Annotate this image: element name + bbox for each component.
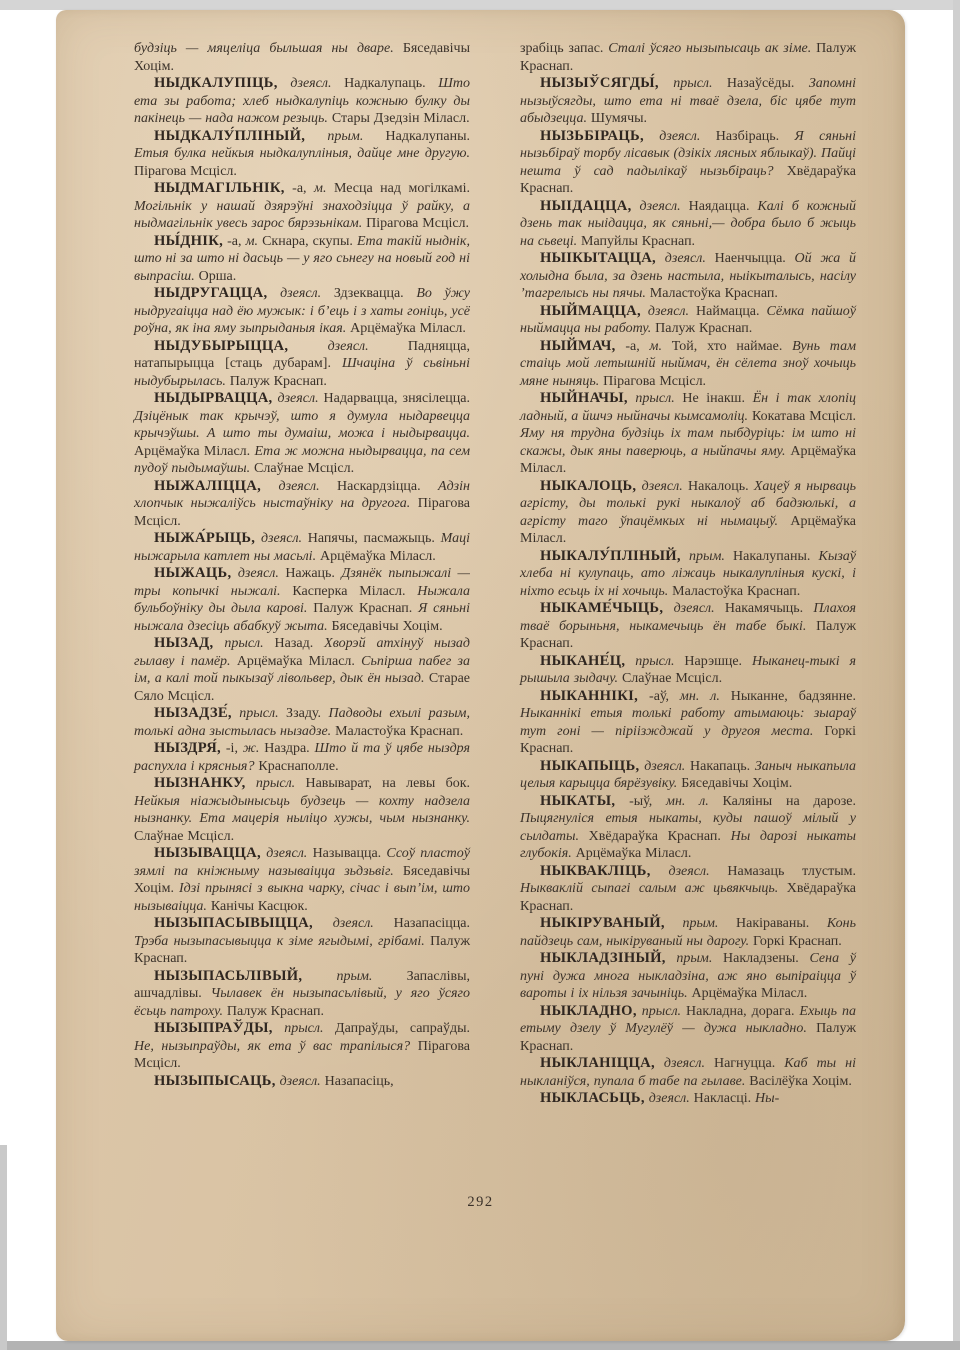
italic-text: Етыя булка нейкыя ныдкалупліныя, дайце м… <box>134 146 470 161</box>
italic-text: дзеясл. <box>663 601 714 616</box>
headword: НЫКАНЕ́Ц, <box>540 653 625 669</box>
headword: НЫЗЫПРАЎДЫ, <box>154 1020 273 1036</box>
dictionary-entry: НЫКЛАНІЦЦА, дзеясл. Нагнуцца. Каб ты ні … <box>520 1055 856 1090</box>
scan-edge-left <box>0 1145 7 1350</box>
headword: НЫЖА́РЫЦЬ, <box>154 530 255 546</box>
headword: НЫЙМАЦЦА, <box>540 303 641 319</box>
dictionary-entry: НЫЖАЛІЦЦА, дзеясл. Наскардзіцца. Адзін х… <box>134 478 470 531</box>
italic-text: дзеясл. <box>632 199 681 214</box>
plain-text: Ныканне, бадзянне. <box>720 689 856 704</box>
plain-text: Месца над могілкамі. <box>326 181 470 196</box>
dictionary-entry: НЫДКАЛУПІЦЬ, дзеясл. Надкалупаць. Што ет… <box>134 75 470 128</box>
plain-text: Пірагова Мсцісл. <box>599 374 706 389</box>
italic-text: дзеясл. <box>273 391 319 406</box>
plain-text: Бяседавічы Хоцім. <box>328 619 443 634</box>
dictionary-entry: НЫКАТЫ, -ыў, мн. л. Каляіны на дарозе. П… <box>520 793 856 863</box>
italic-text: прысл. <box>628 391 675 406</box>
dictionary-entry: НЫКЛАДНО, прысл. Накладна, дорага. Ехыць… <box>520 1003 856 1056</box>
plain-text: Слаўнае Мсцісл. <box>134 829 234 844</box>
plain-text: -а, <box>285 181 307 196</box>
headword: НЫКАЛОЦЬ, <box>540 478 636 494</box>
plain-text: Намазаць тлустым. <box>710 864 856 879</box>
italic-text: дзеясл. <box>267 286 321 301</box>
plain-text: -і, <box>221 741 238 756</box>
plain-text: Надкалупаны. <box>363 129 470 144</box>
headword: НЫЗЫПАСЬЛІВЫЙ, <box>154 968 302 984</box>
dictionary-entry: НЫКАМЕ́ЧЫЦЬ, дзеясл. Накамячыць. Плахоя … <box>520 600 856 653</box>
page-number: 292 <box>56 1194 905 1211</box>
text-columns: будзіць — мяцеліца быльшая ны дваре. Бяс… <box>134 40 856 1108</box>
italic-text: прысл. <box>246 776 296 791</box>
dictionary-entry: НЫДМАГІЛЬНІК, -а, м. Месца над могілкамі… <box>134 180 470 233</box>
plain-text: Арцёмаўка Міласл. <box>231 654 355 669</box>
dictionary-entry: НЫКАННІКІ, -аў, мн. л. Ныканне, бадзянне… <box>520 688 856 758</box>
italic-text: Ныкваклій сыпагі салым аж цьвякчыць. <box>520 881 778 896</box>
italic-text: прым. <box>305 129 363 144</box>
plain-text: Горкі Краснап. <box>749 934 842 949</box>
plain-text: Здзеквацца. <box>321 286 404 301</box>
plain-text: Называцца. <box>307 846 381 861</box>
dictionary-entry: НЫЗНАНКУ, прысл. Навыварат, на левы бок.… <box>134 775 470 845</box>
headword: НЫДРУГАЦЦА, <box>154 285 267 301</box>
plain-text: Накалоць. <box>683 479 749 494</box>
plain-text: Касперка Міласл. <box>281 584 406 599</box>
headword: НЫЙНАЧЫ, <box>540 390 628 406</box>
plain-text: Шумячы. <box>587 111 647 126</box>
dictionary-entry: НЫЙМАЧ, -а, м. Той, хто наймае. Вунь там… <box>520 338 856 391</box>
plain-text: Наздра. <box>259 741 309 756</box>
italic-text: дзеясл. <box>261 846 307 861</box>
dictionary-entry: НЫДРУГАЦЦА, дзеясл. Здзеквацца. Во ўжу н… <box>134 285 470 338</box>
plain-text: Слаўнае Мсцісл. <box>250 461 354 476</box>
headword: НЫКАЛУ́ПЛІНЫЙ, <box>540 548 681 564</box>
scan-edge-top <box>0 0 960 10</box>
plain-text: Маластоўка Краснап. <box>646 286 778 301</box>
plain-text: Бяседавічы Хоцім. <box>677 776 792 791</box>
plain-text: Стары Дзедзін Міласл. <box>328 111 470 126</box>
plain-text: Каляіны на дарозе. <box>709 794 856 809</box>
italic-text: дзеясл. <box>276 1074 321 1089</box>
italic-text: мн. л. <box>669 689 720 704</box>
plain-text: Палуж Краснап. <box>223 1004 324 1019</box>
italic-text: Ны- <box>751 1091 779 1106</box>
plain-text: Назапасіцца. <box>374 916 470 931</box>
plain-text: Не інакш. <box>675 391 745 406</box>
italic-text: прым. <box>665 916 719 931</box>
plain-text: Арцёмаўка Міласл. <box>316 549 436 564</box>
plain-text: Накладзены. <box>712 951 798 966</box>
headword: НЫЗАД, <box>154 635 213 651</box>
italic-text: дзеясл. <box>645 1091 690 1106</box>
italic-text: Сталі ўсяго нызыпысаць ак зіме. <box>603 41 811 56</box>
plain-text: Нажаць. <box>279 566 335 581</box>
dictionary-entry: НЫЗАДЗЕ́, прысл. Ззаду. Падводы ехылі ра… <box>134 705 470 740</box>
italic-text: Трэба нызыпасывыцца к зіме ягыдымі, гріб… <box>134 934 425 949</box>
entry-continuation: будзіць — мяцеліца быльшая ны дваре. Бяс… <box>134 40 470 75</box>
headword: НЫДКАЛУ́ПЛІНЫЙ, <box>154 128 305 144</box>
plain-text: Надарвацца, знясілецца. <box>319 391 470 406</box>
plain-text: Арцёмаўка Міласл. <box>688 986 808 1001</box>
plain-text: Скнара, скупы. <box>258 234 353 249</box>
text-column-left: будзіць — мяцеліца быльшая ны дваре. Бяс… <box>134 40 470 1108</box>
italic-text: дзеясл. <box>288 339 368 354</box>
dictionary-entry: НЫКАПЫЦЬ, дзеясл. Накапаць. Заныч ныкапы… <box>520 758 856 793</box>
headword: НЫЗЫПАСЫВЫЦЦА, <box>154 915 313 931</box>
dictionary-entry: НЫЗАД, прысл. Назад. Хворэй атхінуў ныза… <box>134 635 470 705</box>
italic-text: дзеясл. <box>655 1056 705 1071</box>
italic-text: прым. <box>666 951 713 966</box>
headword: НЫДУБЫРЫЦЦА, <box>154 338 288 354</box>
italic-text: мн. л. <box>652 794 708 809</box>
italic-text: дзеясл. <box>231 566 279 581</box>
plain-text: Орша. <box>195 269 237 284</box>
headword: НЫДЫРВАЦЦА, <box>154 390 273 406</box>
italic-text: дзеясл. <box>261 479 320 494</box>
headword: НЫДМАГІЛЬНІК, <box>154 180 285 196</box>
dictionary-entry: НЫЙНАЧЫ, прысл. Не інакш. Ён і так хлопі… <box>520 390 856 478</box>
headword: НЫКВАКЛІЦЬ, <box>540 863 651 879</box>
plain-text: Дапраўды, сапраўды. <box>324 1021 471 1036</box>
italic-text: дзеясл. <box>636 479 682 494</box>
plain-text: Накалупаны. <box>725 549 810 564</box>
headword: НЫЗДРЯ́, <box>154 740 221 756</box>
dictionary-entry: НЫЖАЦЬ, дзеясл. Нажаць. Дзянёк пыпыжалі … <box>134 565 470 635</box>
text-column-right: зрабіць запас. Сталі ўсяго нызыпысаць ак… <box>520 40 856 1108</box>
plain-text: -а, <box>223 234 241 249</box>
italic-text: дзеясл. <box>656 251 706 266</box>
headword: НЫІКЫТАЦЦА, <box>540 250 656 266</box>
dictionary-entry: НЫІКЫТАЦЦА, дзеясл. Наенчыцца. Ой жа й х… <box>520 250 856 303</box>
headword: НЫЖАЦЬ, <box>154 565 231 581</box>
headword: НЫЗЫЎСЯГДЫ́, <box>540 75 659 91</box>
headword: НЫКЛАНІЦЦА, <box>540 1055 655 1071</box>
plain-text: Канічы Касцюк. <box>207 899 308 914</box>
plain-text: -ыў, <box>615 794 652 809</box>
plain-text: Хвёдараўка Краснап. <box>579 829 721 844</box>
italic-text: прысл. <box>625 654 674 669</box>
plain-text: Пірагова Мсцісл. <box>134 164 237 179</box>
plain-text: -а, <box>616 339 640 354</box>
italic-text: ж. <box>238 741 259 756</box>
italic-text: дзеясл. <box>313 916 374 931</box>
italic-text: Дзіцёнык так крычэў, што я думула ныдарв… <box>134 409 470 442</box>
italic-text: Не, нызыпраўды, як ета ў вас трапілыся? <box>134 1039 410 1054</box>
plain-text: Ззаду. <box>279 706 321 721</box>
italic-text: прысл. <box>659 76 713 91</box>
headword: НЫКЛАДНО, <box>540 1003 637 1019</box>
headword: НЫЗАДЗЕ́, <box>154 705 232 721</box>
plain-text: Пірагова Мсцісл. <box>362 216 469 231</box>
italic-text: прысл. <box>273 1021 324 1036</box>
plain-text: Маластоўка Краснап. <box>668 584 800 599</box>
dictionary-entry: НЫКАЛУ́ПЛІНЫЙ, прым. Накалупаны. Кызаў х… <box>520 548 856 601</box>
italic-text: прым. <box>302 969 372 984</box>
italic-text: дзеясл. <box>641 304 689 319</box>
italic-text: дзеясл. <box>639 759 685 774</box>
dictionary-entry: НЫДКАЛУ́ПЛІНЫЙ, прым. Надкалупаны. Етыя … <box>134 128 470 181</box>
dictionary-entry: НЫКВАКЛІЦЬ, дзеясл. Намазаць тлустым. Ны… <box>520 863 856 916</box>
headword: НЫКЛАСЬЦЬ, <box>540 1090 645 1106</box>
italic-text: прысл. <box>213 636 263 651</box>
headword: НЫЗЬБІРАЦЬ, <box>540 128 644 144</box>
italic-text: Нейкыя ніажыдынысьць будзець — кохту над… <box>134 794 470 827</box>
dictionary-entry: НЫКАНЕ́Ц, прысл. Нарэшце. Ныканец-тыкі я… <box>520 653 856 688</box>
plain-text: Арцёмаўка Міласл. <box>134 444 250 459</box>
italic-text: дзеясл. <box>644 129 700 144</box>
plain-text: Назад. <box>264 636 314 651</box>
plain-text: Назапасіць, <box>321 1074 394 1089</box>
headword: НЫЗЫВАЦЦА, <box>154 845 261 861</box>
headword: НЫІДАЦЦА, <box>540 198 632 214</box>
headword: НЫЖАЛІЦЦА, <box>154 478 261 494</box>
plain-text: Мапуйлы Краснап. <box>577 234 695 249</box>
plain-text: Напячы, пасмажыць. <box>302 531 435 546</box>
dictionary-entry: НЫДЫРВАЦЦА, дзеясл. Надарвацца, знясілец… <box>134 390 470 478</box>
dictionary-entry: НЫЗЬБІРАЦЬ, дзеясл. Назбіраць. Я сяньні … <box>520 128 856 198</box>
dictionary-entry: НЫДУБЫРЫЦЦА, дзеясл. Падняцца, натапырыц… <box>134 338 470 391</box>
plain-text: Наймацца. <box>689 304 760 319</box>
dictionary-entry: НЫЗЫПРАЎДЫ, прысл. Дапраўды, сапраўды. Н… <box>134 1020 470 1073</box>
italic-text: прым. <box>681 549 725 564</box>
plain-text: Нагнуцца. <box>705 1056 775 1071</box>
italic-text: прысл. <box>232 706 279 721</box>
plain-text: Назбіраць. <box>700 129 779 144</box>
headword: НЫКЛАДЗІНЫЙ, <box>540 950 666 966</box>
dictionary-entry: НЫЗЫПАСЫВЫЦЦА, дзеясл. Назапасіцца. Трэб… <box>134 915 470 968</box>
dictionary-entry: НЫЖА́РЫЦЬ, дзеясл. Напячы, пасмажыць. Ма… <box>134 530 470 565</box>
plain-text: Наскардзіцца. <box>320 479 421 494</box>
italic-text: м. <box>307 181 327 196</box>
plain-text: Той, хто наймае. <box>662 339 782 354</box>
headword: НЫКАННІКІ, <box>540 688 638 704</box>
dictionary-entry: НЫКАЛОЦЬ, дзеясл. Накалоць. Хацеў я нырв… <box>520 478 856 548</box>
dictionary-entry: НЫЗДРЯ́, -і, ж. Наздра. Што й та ў цябе … <box>134 740 470 775</box>
plain-text: Назаўсёды. <box>713 76 795 91</box>
plain-text: -аў, <box>638 689 669 704</box>
italic-text: м. <box>640 339 662 354</box>
headword: НЫЗЫПЫСАЦЬ, <box>154 1073 276 1089</box>
dictionary-entry: НЫЙМАЦЦА, дзеясл. Наймацца. Сёмка пайшоў… <box>520 303 856 338</box>
entry-continuation: зрабіць запас. Сталі ўсяго нызыпысаць ак… <box>520 40 856 75</box>
dictionary-entry: НЫЗЫПАСЬЛІВЫЙ, прым. Запаслівы, ашчадлів… <box>134 968 470 1021</box>
headword: НЫКАТЫ, <box>540 793 615 809</box>
italic-text: дзеясл. <box>651 864 710 879</box>
plain-text: Накладна, дорага. <box>681 1004 794 1019</box>
plain-text: Кокатава Мсцісл. <box>748 409 856 424</box>
plain-text: Маластоўка Краснап. <box>331 724 463 739</box>
italic-text: будзіць — мяцеліца быльшая ны дваре. <box>134 41 394 56</box>
italic-text: дзеясл. <box>255 531 302 546</box>
headword: НЫЗНАНКУ, <box>154 775 246 791</box>
book-page: будзіць — мяцеліца быльшая ны дваре. Бяс… <box>56 10 905 1341</box>
italic-text: прысл. <box>637 1004 681 1019</box>
headword: НЫКАМЕ́ЧЫЦЬ, <box>540 600 663 616</box>
plain-text: Накапаць. <box>685 759 750 774</box>
plain-text: Надкалупаць. <box>331 76 425 91</box>
headword: НЫДКАЛУПІЦЬ, <box>154 75 278 91</box>
plain-text: Слаўнае Мсцісл. <box>618 671 722 686</box>
scan-edge-right <box>953 0 960 1350</box>
headword: НЫЙМАЧ, <box>540 338 616 354</box>
plain-text: зрабіць запас. <box>520 41 603 56</box>
dictionary-entry: НЫЗЫВАЦЦА, дзеясл. Называцца. Ссоў пласт… <box>134 845 470 915</box>
dictionary-entry: НЫКІРУВАНЫЙ, прым. Накіраваны. Конь пайд… <box>520 915 856 950</box>
plain-text: Накіраваны. <box>718 916 809 931</box>
plain-text: Васілёўка Хоцім. <box>745 1074 851 1089</box>
plain-text: Палуж Краснап. <box>307 601 412 616</box>
italic-text: Ныканнікі етыя толькі работу атымаюць: з… <box>520 706 856 739</box>
headword: НЫКАПЫЦЬ, <box>540 758 639 774</box>
plain-text: Накамячыць. <box>715 601 804 616</box>
plain-text: Краснаполле. <box>254 759 338 774</box>
plain-text: Нарэшце. <box>675 654 743 669</box>
plain-text: Палуж Краснап. <box>651 321 752 336</box>
dictionary-entry: НЫІДАЦЦА, дзеясл. Наядацца. Калі б кожны… <box>520 198 856 251</box>
headword: НЫКІРУВАНЫЙ, <box>540 915 665 931</box>
plain-text: Арцёмаўка Міласл. <box>346 321 466 336</box>
dictionary-entry: НЫЗЫЎСЯГДЫ́, прысл. Назаўсёды. Запомні н… <box>520 75 856 128</box>
dictionary-entry: НЫКЛАСЬЦЬ, дзеясл. Накласці. Ны- <box>520 1090 856 1108</box>
plain-text: Наядацца. <box>681 199 750 214</box>
italic-text: м. <box>242 234 258 249</box>
plain-text: Арцёмаўка Міласл. <box>572 846 692 861</box>
plain-text: Палуж Краснап. <box>226 374 327 389</box>
dictionary-entry: НЫЗЫПЫСАЦЬ, дзеясл. Назапасіць, <box>134 1073 470 1091</box>
plain-text: Накласці. <box>690 1091 751 1106</box>
italic-text: дзеясл. <box>278 76 332 91</box>
dictionary-entry: НЫ́ДНІК, -а, м. Скнара, скупы. Ета такій… <box>134 233 470 286</box>
scan-edge-bottom <box>0 1341 960 1350</box>
dictionary-entry: НЫКЛАДЗІНЫЙ, прым. Накладзены. Сена ў пу… <box>520 950 856 1003</box>
headword: НЫ́ДНІК, <box>154 233 223 249</box>
plain-text: Наенчыцца. <box>706 251 786 266</box>
plain-text: Навыварат, на левы бок. <box>295 776 470 791</box>
